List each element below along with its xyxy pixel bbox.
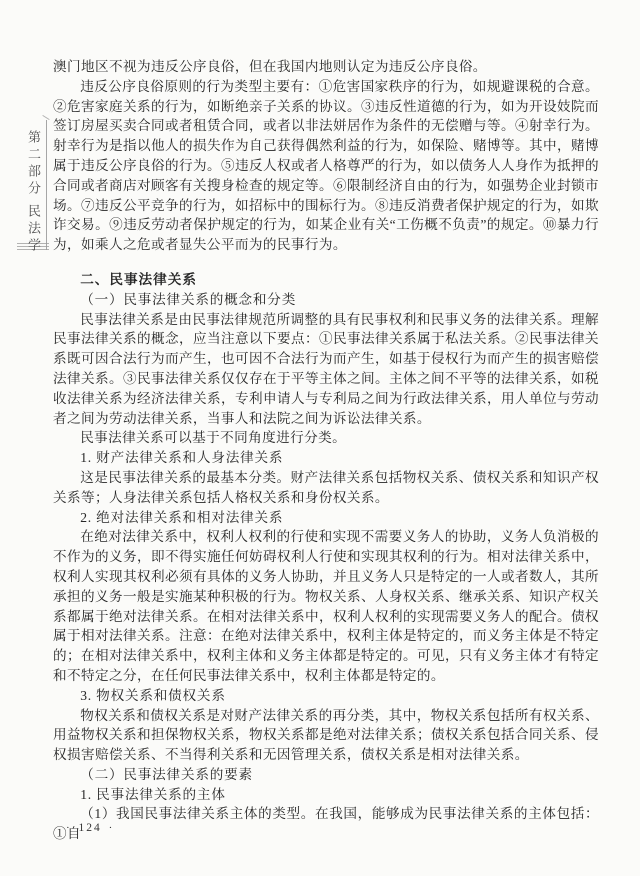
page-body: 澳门地区不视为违反公序良俗，但在我国内地则认定为违反公序良俗。 违反公序良俗原则… bbox=[53, 57, 599, 844]
subject-label: 民法学 bbox=[24, 204, 43, 255]
numbered-heading: 3. 物权关系和债权关系 bbox=[53, 686, 599, 706]
body-paragraph: 民事法律关系可以基于不同角度进行分类。 bbox=[53, 428, 599, 448]
body-paragraph: 民事法律关系是由民事法律规范所调整的具有民事权利和民事义务的法律关系。理解民事法… bbox=[53, 310, 599, 429]
page-number-value: 124 bbox=[77, 822, 104, 834]
body-paragraph: 物权关系和债权关系是对财产法律关系的再分类，其中，物权关系包括所有权关系、用益物… bbox=[53, 706, 599, 765]
body-paragraph: （1）我国民事法律关系主体的类型。在我国，能够成为民事法律关系的主体包括：①自 bbox=[53, 804, 599, 844]
numbered-heading: 1. 民事法律关系的主体 bbox=[53, 785, 599, 805]
body-paragraph: 在绝对法律关系中，权利人权利的行使和实现不需要义务人的协助，义务人负消极的不作为… bbox=[53, 527, 599, 685]
page-number-dot: · bbox=[109, 822, 115, 834]
scanned-book-page: { "colors": { "paper": "#fbfbf9", "ink":… bbox=[0, 0, 640, 876]
tab-rule bbox=[46, 120, 47, 250]
part-label: 第二部分 bbox=[24, 130, 43, 198]
page-number: · 124 · bbox=[66, 822, 114, 834]
page-number-dot: · bbox=[66, 822, 72, 834]
section-heading: 二、民事法律关系 bbox=[53, 270, 599, 290]
body-paragraph-continuation: 澳门地区不视为违反公序良俗，但在我国内地则认定为违反公序良俗。 bbox=[53, 57, 599, 77]
numbered-heading: 2. 绝对法律关系和相对法律关系 bbox=[53, 508, 599, 528]
numbered-heading: 1. 财产法律关系和人身法律关系 bbox=[53, 448, 599, 468]
body-paragraph: 违反公序良俗原则的行为类型主要有：①危害国家秩序的行为，如规避课税的合意。②危害… bbox=[53, 77, 599, 255]
subsection-heading: （二）民事法律关系的要素 bbox=[53, 765, 599, 785]
subsection-heading: （一）民事法律关系的概念和分类 bbox=[53, 290, 599, 310]
page: 第二部分 民法学 澳门地区不视为违反公序良俗，但在我国内地则认定为违反公序良俗。… bbox=[0, 0, 640, 876]
body-paragraph: 这是民事法律关系的最基本分类。财产法律关系包括物权关系、债权关系和知识产权关系等… bbox=[53, 468, 599, 508]
